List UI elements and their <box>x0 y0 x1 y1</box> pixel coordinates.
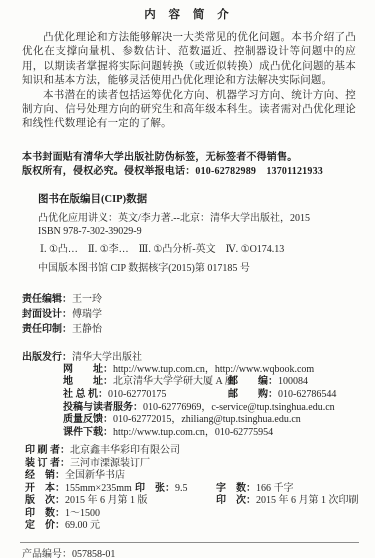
courseware-download-row: 课件下载：http://www.tup.com.cn，010-62775954 <box>22 427 356 440</box>
publisher-row: 出版发行：清华大学出版社 <box>22 351 356 364</box>
product-number-row: 产品编号：057858-01 <box>22 548 356 558</box>
price-value: 69.00 元 <box>65 520 100 531</box>
cover-designer-name: 傅瑞学 <box>72 309 102 320</box>
anti-piracy-notice: 本书封面贴有清华大学出版社防伪标签，无标签者不得销售。 版权所有，侵权必究。侵权… <box>22 151 356 179</box>
isbn: ISBN 978-7-302-39029-9 <box>38 225 356 238</box>
sheets-label: 印 张： <box>135 483 175 494</box>
divider-line <box>20 542 359 543</box>
editor-label: 责任编辑： <box>22 294 72 305</box>
print-run-value: 1～1500 <box>65 508 100 519</box>
distributor-value: 全国新华书店 <box>65 470 125 481</box>
edition-label: 版 次： <box>25 495 65 506</box>
printer-value: 北京鑫丰华彩印有限公司 <box>70 445 180 456</box>
printer-label: 印 刷 者： <box>25 445 70 456</box>
print-run-label: 印 数： <box>25 508 65 519</box>
copyright-hotline-line: 版权所有，侵权必究。侵权举报电话：010-62782989 1370112193… <box>22 165 356 179</box>
reader-service-label: 投稿与读者服务： <box>63 402 143 413</box>
printer-row: 印 刷 者：北京鑫丰华彩印有限公司 <box>25 445 356 458</box>
cover-design-label: 封面设计： <box>22 309 72 320</box>
wordcount-label: 字 数： <box>216 483 256 494</box>
quality-feedback-row: 质量反馈：010-62772015，zhiliang@tup.tsinghua.… <box>22 414 356 427</box>
cip-record-number: 中国版本图书馆 CIP 数据核字(2015)第 017185 号 <box>38 262 356 275</box>
reader-service-row: 投稿与读者服务：010-62776969，c-service@tup.tsing… <box>22 402 356 415</box>
website-value: http://www.tup.com.cn，http://www.wqbook.… <box>113 364 314 375</box>
editor-name: 王一玲 <box>72 294 102 305</box>
cip-heading: 图书在版编目(CIP)数据 <box>38 193 356 206</box>
format-value: 155mm×235mm <box>65 483 132 494</box>
quality-feedback-label: 质量反馈： <box>63 414 113 425</box>
editor-row: 责任编辑：王一玲 <box>22 292 356 307</box>
impression-cell: 印 次：2015 年 6 月第 1 次印刷 <box>216 495 359 508</box>
print-run-row: 印 数：1～1500 <box>25 508 356 521</box>
website-row: 网 址：http://www.tup.com.cn，http://www.wqb… <box>22 364 356 377</box>
print-supervisor-label: 责任印制： <box>22 324 72 335</box>
switchboard-label: 社 总 机： <box>63 389 108 400</box>
mail-order-value: 010-62786544 <box>278 389 336 400</box>
staff-credits: 责任编辑：王一玲 封面设计：傅瑞学 责任印制：王静怡 <box>22 292 356 337</box>
address-value: 北京清华大学学研大厦 A 座 <box>113 376 235 387</box>
postcode-label: 邮 编： <box>228 376 278 387</box>
summary-paragraph-1: 凸优化理论和方法能够解决一大类常见的优化问题。本书介绍了凸优化在支撑向量机、参数… <box>22 31 356 89</box>
edition-row: 版 次：2015 年 6 月第 1 版 印 次：2015 年 6 月第 1 次印… <box>25 495 356 508</box>
print-supervisor-row: 责任印制：王静怡 <box>22 322 356 337</box>
reader-service-value: 010-62776969，c-service@tup.tsinghua.edu.… <box>143 402 335 413</box>
distributor-label: 经 销： <box>25 470 65 481</box>
sheets-value: 9.5 <box>175 483 188 494</box>
product-number-value: 057858-01 <box>72 549 115 558</box>
impression-label: 印 次： <box>216 495 256 506</box>
mail-order-label: 邮 购： <box>228 389 278 400</box>
page-title: 内 容 简 介 <box>22 8 356 22</box>
price-row: 定 价：69.00 元 <box>25 520 356 533</box>
summary-paragraph-2: 本书潜在的读者包括运筹优化方向、机器学习方向、统计方向、控制方向、信号处理方向的… <box>22 89 356 132</box>
wordcount-value: 166 千字 <box>256 483 294 494</box>
publisher-block: 出版发行：清华大学出版社 网 址：http://www.tup.com.cn，h… <box>22 351 356 440</box>
website-label: 网 址： <box>63 364 113 375</box>
courseware-download-value: http://www.tup.com.cn，010-62775954 <box>113 427 273 438</box>
sheets-cell: 印 张：9.5 <box>135 483 188 496</box>
binder-row: 装 订 者：三河市溧源装订厂 <box>25 458 356 471</box>
product-number-label: 产品编号： <box>22 549 72 558</box>
switchboard-value: 010-62770175 <box>108 389 166 400</box>
wordcount-cell: 字 数：166 千字 <box>216 483 294 496</box>
cip-block: 图书在版编目(CIP)数据 凸优化应用讲义：英文/李力著.--北京：清华大学出版… <box>38 193 356 275</box>
address-row: 地 址：北京清华大学学研大厦 A 座 邮 编：100084 <box>22 376 356 389</box>
content-summary: 凸优化理论和方法能够解决一大类常见的优化问题。本书介绍了凸优化在支撑向量机、参数… <box>22 31 356 132</box>
anti-piracy-line: 本书封面贴有清华大学出版社防伪标签，无标签者不得销售。 <box>22 151 356 165</box>
cip-classification: Ⅰ. ①凸… Ⅱ. ①李… Ⅲ. ①凸分析-英文 Ⅳ. ①O174.13 <box>40 243 356 256</box>
format-row: 开 本：155mm×235mm 印 张：9.5 字 数：166 千字 <box>25 483 356 496</box>
postcode-cell: 邮 编：100084 <box>228 376 308 389</box>
impression-value: 2015 年 6 月第 1 次印刷 <box>256 495 359 506</box>
copyright-page: 内 容 简 介 凸优化理论和方法能够解决一大类常见的优化问题。本书介绍了凸优化在… <box>0 0 375 558</box>
distributor-row: 经 销：全国新华书店 <box>25 470 356 483</box>
cover-design-row: 封面设计：傅瑞学 <box>22 307 356 322</box>
address-label: 地 址： <box>63 376 113 387</box>
switchboard-row: 社 总 机：010-62770175 邮 购：010-62786544 <box>22 389 356 402</box>
mail-order-cell: 邮 购：010-62786544 <box>228 389 336 402</box>
quality-feedback-value: 010-62772015，zhiliang@tup.tsinghua.edu.c… <box>113 414 301 425</box>
cip-entry: 凸优化应用讲义：英文/李力著.--北京：清华大学出版社，2015 <box>38 212 356 225</box>
courseware-download-label: 课件下载： <box>63 427 113 438</box>
postcode-value: 100084 <box>278 376 308 387</box>
price-label: 定 价： <box>25 520 65 531</box>
print-supervisor-name: 王静怡 <box>72 324 102 335</box>
print-info-block: 印 刷 者：北京鑫丰华彩印有限公司 装 订 者：三河市溧源装订厂 经 销：全国新… <box>22 445 356 533</box>
binder-label: 装 订 者： <box>25 458 70 469</box>
format-label: 开 本： <box>25 483 65 494</box>
publisher-name: 清华大学出版社 <box>72 352 142 363</box>
binder-value: 三河市溧源装订厂 <box>70 458 150 469</box>
edition-value: 2015 年 6 月第 1 版 <box>65 495 148 506</box>
publisher-label: 出版发行： <box>22 352 72 363</box>
